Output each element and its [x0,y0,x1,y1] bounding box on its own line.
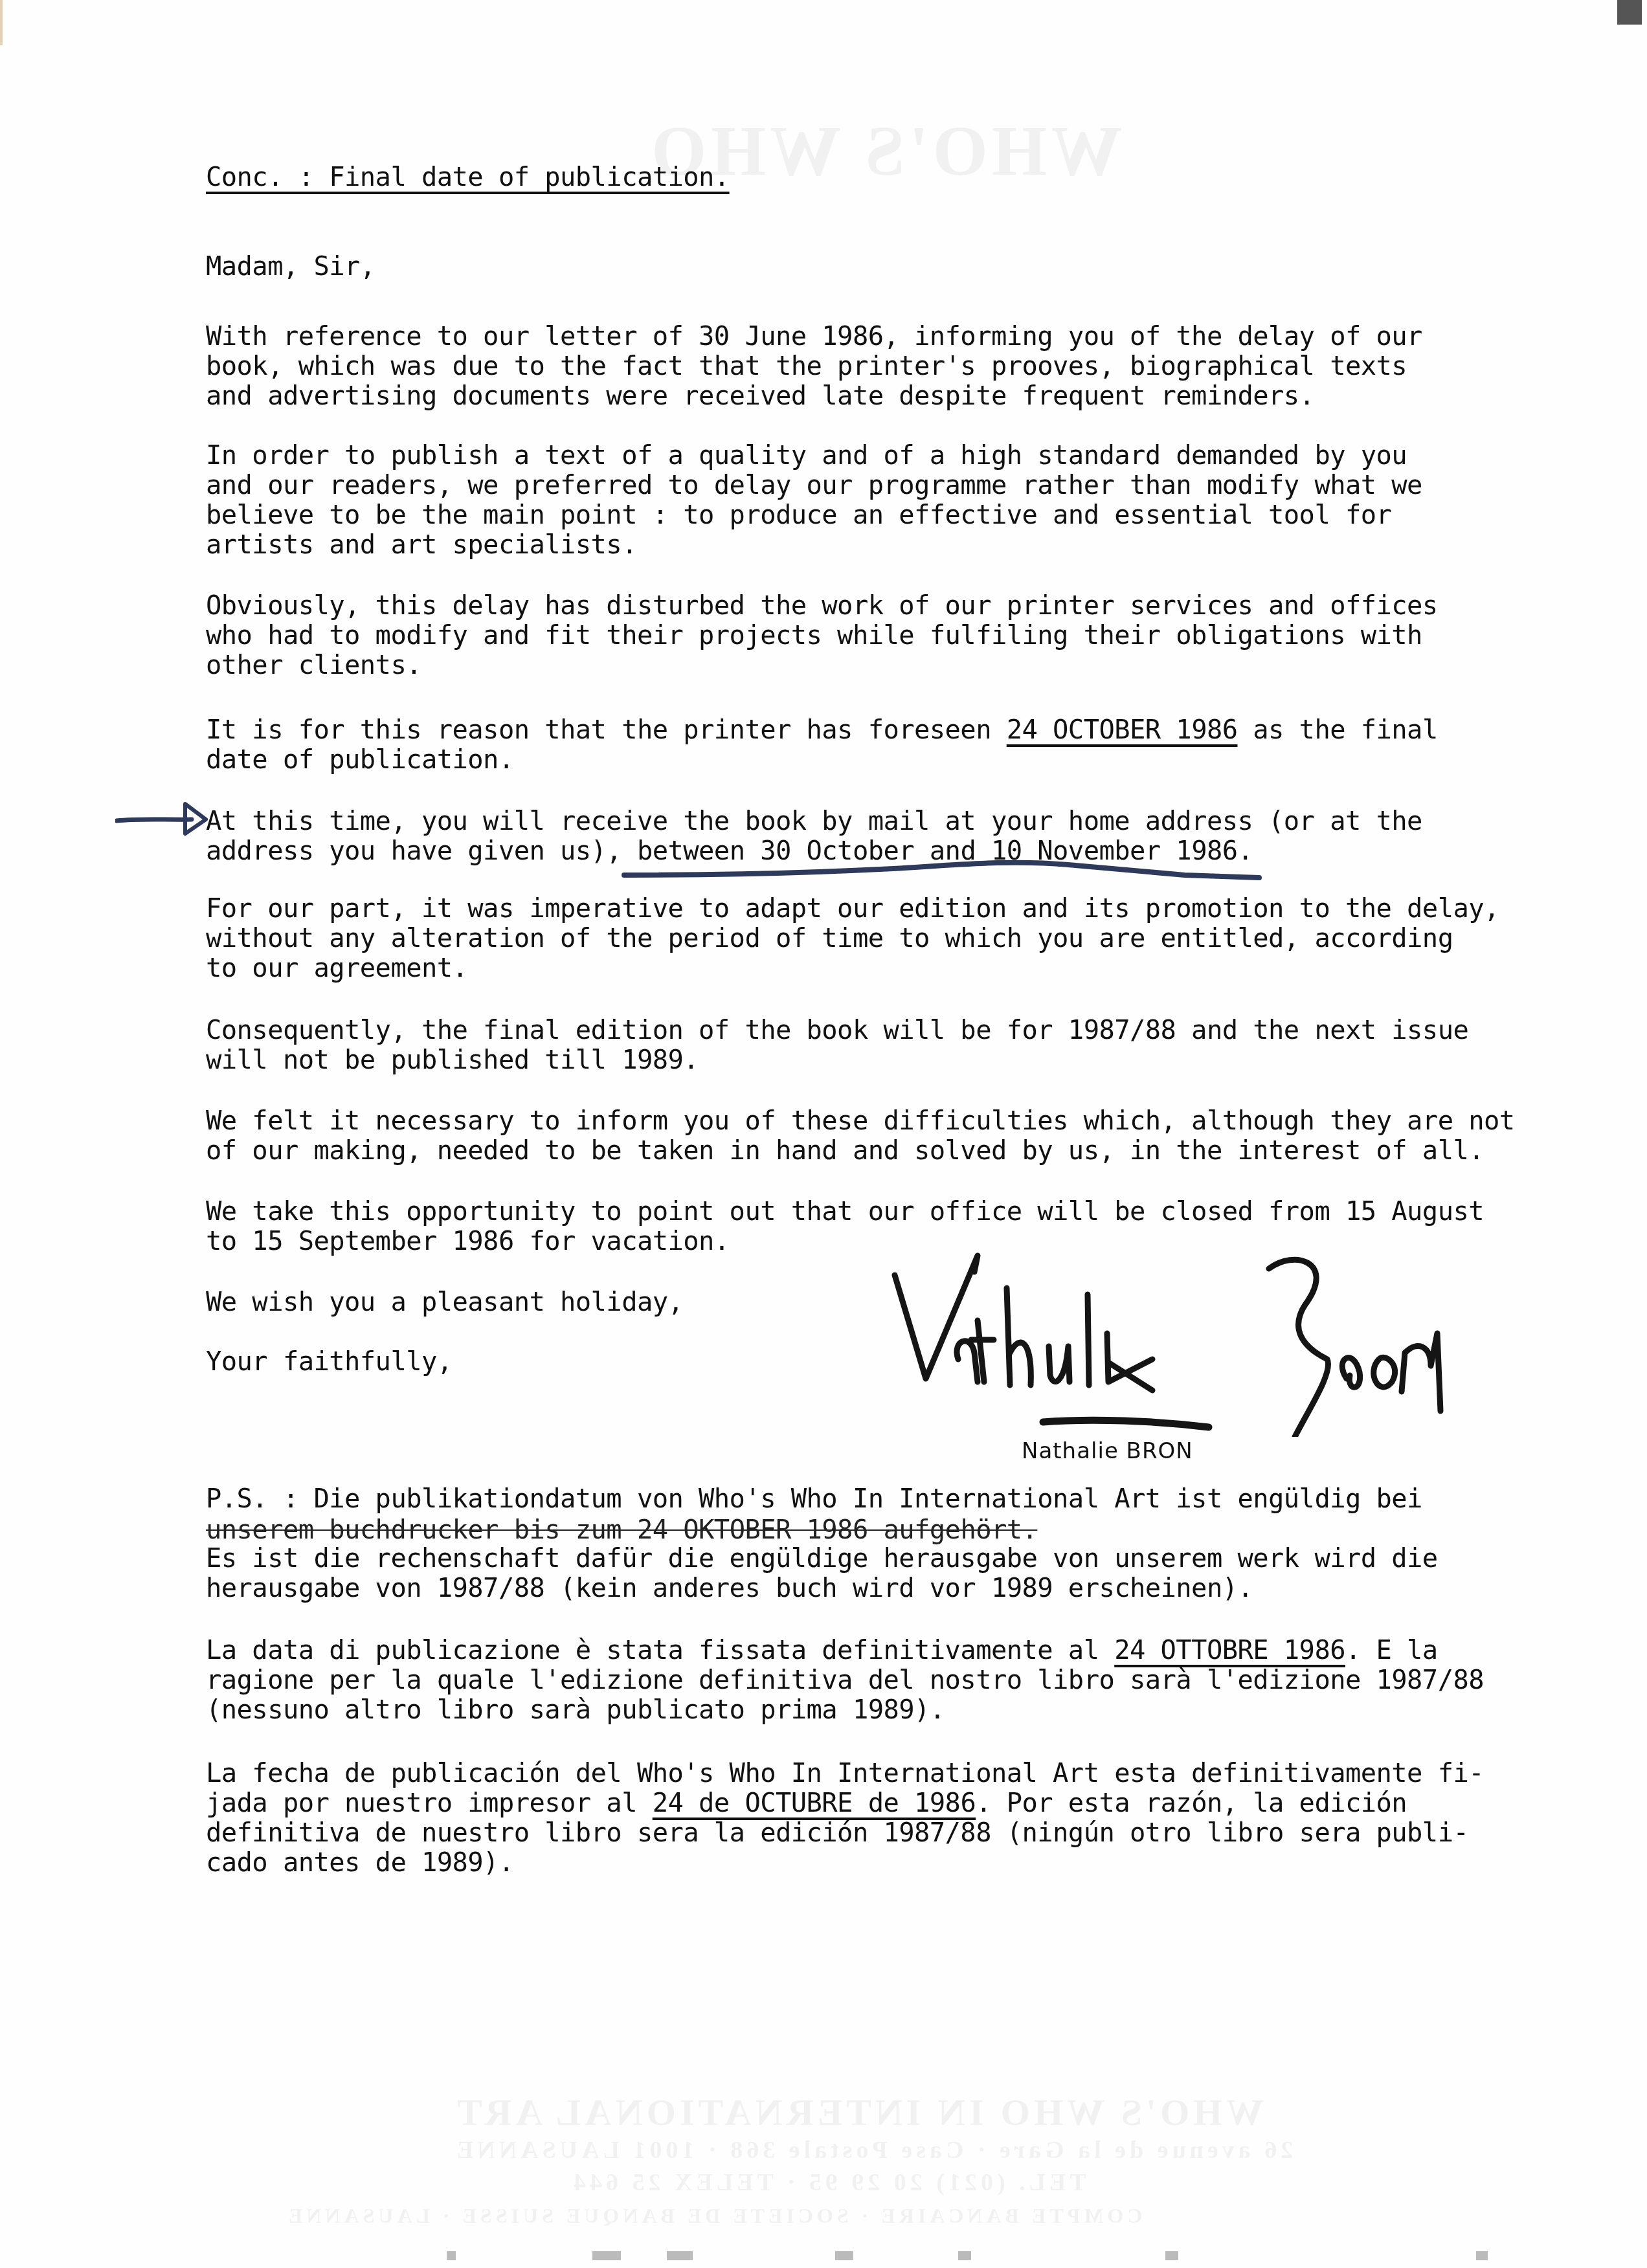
text: It is for this reason that the printer h… [206,714,1007,745]
closing-wish: We wish you a pleasant holiday, [206,1287,683,1317]
show-through-footer-title: WHO'S WHO IN INTERNATIONAL ART [453,2091,1264,2134]
show-through-footer-address: 26 avenue de la Gare · Case Postale 368 … [453,2136,1293,2164]
paragraph-line: With reference to our letter of 30 June … [206,321,1422,351]
paragraph-line: It is for this reason that the printer h… [206,715,1438,744]
paragraph-line: believe to be the main point : to produc… [206,500,1391,529]
paragraph-line: Obviously, this delay has disturbed the … [206,590,1438,620]
paragraph-line: and advertising documents were received … [206,381,1314,410]
paragraph-line: For our part, it was imperative to adapt… [206,893,1499,923]
paragraph-line: will not be published till 1989. [206,1045,699,1074]
closing-faithfully: Your faithfully, [206,1346,453,1376]
show-through-footer-phone: TEL. (021) 20 29 95 · TELEX 25 644 [570,2168,1086,2197]
letter-page: WHO'S WHO WHO'S WHO IN INTERNATIONAL ART… [0,0,1647,2268]
paragraph-line: At this time, you will receive the book … [206,806,1422,836]
italian-date-underlined: 24 OTTOBRE 1986 [1114,1634,1345,1665]
paragraph-line: Es ist die rechenschaft dafür die engüld… [206,1543,1438,1573]
paragraph-line: date of publication. [206,744,514,774]
publication-date-underlined: 24 OCTOBER 1986 [1007,714,1238,745]
paragraph-line: We take this opportunity to point out th… [206,1196,1484,1226]
salutation: Madam, Sir, [206,251,375,281]
signer-name: Nathalie BRON [1022,1438,1193,1464]
paragraph-line: La fecha de publicación del Who's Who In… [206,1758,1484,1788]
handwritten-arrow-icon [115,800,212,839]
paragraph-line: P.S. : Die publikationdatum von Who's Wh… [206,1484,1422,1513]
paragraph-line: other clients. [206,650,421,680]
paragraph-line: jada por nuestro impresor al 24 de OCTUB… [206,1788,1407,1818]
paragraph-line: cado antes de 1989). [206,1847,514,1877]
handwritten-signature [880,1243,1476,1437]
paragraph-line: without any alteration of the period of … [206,923,1453,953]
text: . E la [1345,1634,1438,1665]
text: as the final [1237,714,1437,745]
paragraph-line: to our agreement. [206,953,467,983]
text: address you have given us), [206,835,637,866]
signature-underline-stroke [1039,1414,1214,1434]
scan-edge-stain [0,0,3,45]
paragraph-line: La data di publicazione è stata fissata … [206,1635,1438,1665]
paragraph-line: (nessuno altro libro sarà publicato prim… [206,1695,945,1724]
show-through-footer-bank: COMPTE BANCAIRE · SOCIETE DE BANQUE SUIS… [285,2204,1142,2228]
paragraph-line: Consequently, the final edition of the b… [206,1015,1468,1045]
spanish-date-underlined: 24 de OCTUBRE de 1986 [653,1787,976,1818]
handwritten-wavy-underline [622,856,1262,888]
scan-bottom-artifacts [447,2251,1496,2262]
subject-line: Conc. : Final date of publication. [206,162,730,192]
text: La data di publicazione è stata fissata … [206,1634,1114,1665]
text: unserem buchdrucker bis zum [206,1514,637,1545]
text: . Por esta razón, la edición [976,1787,1407,1818]
paragraph-line: In order to publish a text of a quality … [206,440,1407,470]
paragraph-line: book, which was due to the fact that the… [206,351,1407,381]
paragraph-line: definitiva de nuestro libro sera la edic… [206,1818,1468,1847]
paragraph-line: and our readers, we preferred to delay o… [206,470,1422,500]
german-date-underlined: 24 OKTOBER 1986 [637,1514,868,1545]
paragraph-line: unserem buchdrucker bis zum 24 OKTOBER 1… [206,1515,1037,1544]
text: jada por nuestro impresor al [206,1787,653,1818]
paragraph-line: We felt it necessary to inform you of th… [206,1106,1515,1135]
paragraph-line: artists and art specialists. [206,529,637,559]
text: aufgehört. [868,1514,1038,1545]
paragraph-line: ragione per la quale l'edizione definiti… [206,1665,1484,1695]
scan-edge-mark [1617,0,1642,25]
paragraph-line: who had to modify and fit their projects… [206,620,1422,650]
paragraph-line: herausgabe von 1987/88 (kein anderes buc… [206,1573,1253,1603]
paragraph-line: of our making, needed to be taken in han… [206,1135,1484,1165]
paragraph-line: to 15 September 1986 for vacation. [206,1226,730,1256]
